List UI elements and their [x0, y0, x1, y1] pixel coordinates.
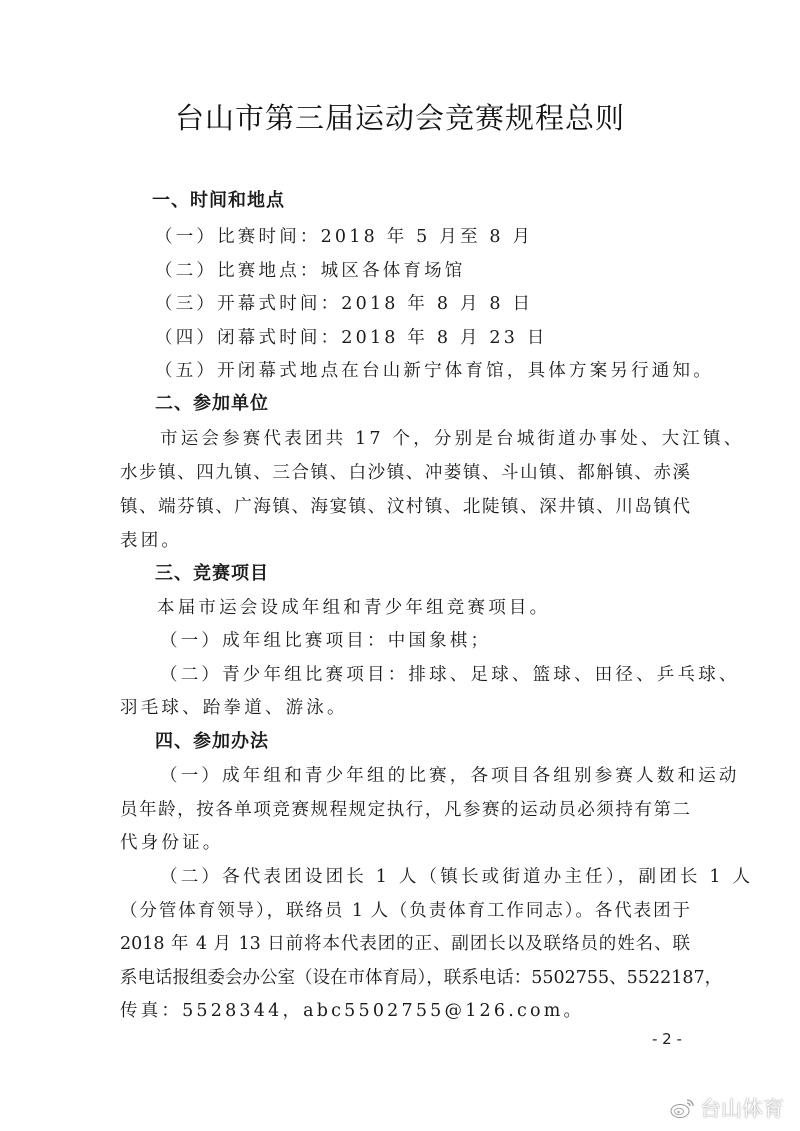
paragraph-line: 市运会参赛代表团共 17 个，分别是台城街道办事处、大江镇、: [160, 428, 730, 450]
paragraph-line: 员年龄，按各单项竞赛规程规定执行，凡参赛的运动员必须持有第二: [120, 799, 690, 821]
paragraph-line: 系电话报组委会办公室（设在市体育局），联系电话：5502755、5522187，: [120, 967, 690, 989]
paragraph-line: （一）成年组和青少年组的比赛，各项目各组别参赛人数和运动: [160, 765, 690, 787]
paragraph-line: （一）比赛时间：2018 年 5 月至 8 月: [155, 226, 725, 248]
paragraph-line: （四）闭幕式时间：2018 年 8 月 23 日: [155, 327, 725, 349]
paragraph-line: 镇、端芬镇、广海镇、海宴镇、汶村镇、北陡镇、深井镇、川岛镇代: [120, 496, 690, 518]
paragraph-line: （二）青少年组比赛项目：排球、足球、篮球、田径、乒乓球、: [160, 664, 690, 686]
watermark-text: 台山体育: [700, 1093, 784, 1123]
page-number: - 2 -: [652, 1030, 682, 1048]
section-heading-participants: 二、参加单位: [155, 393, 725, 415]
paragraph-line: （一）成年组比赛项目：中国象棋；: [160, 630, 730, 652]
paragraph-line: （三）开幕式时间：2018 年 8 月 8 日: [155, 293, 725, 315]
paragraph-line: 2018 年 4 月 13 日前将本代表团的正、副团长以及联络员的姓名、联: [120, 933, 690, 955]
weibo-icon: [670, 1097, 696, 1119]
section-heading-events: 三、竞赛项目: [155, 563, 725, 585]
paragraph-line: （二）比赛地点：城区各体育场馆: [155, 260, 725, 282]
section-heading-time-place: 一、时间和地点: [152, 190, 722, 212]
paragraph-line: （分管体育领导），联络员 1 人（负责体育工作同志）。各代表团于: [120, 900, 690, 922]
section-heading-participation-rules: 四、参加办法: [155, 731, 725, 753]
paragraph-line: 传真：5528344，abc5502755@126.com。: [120, 1000, 690, 1022]
paragraph-line: 羽毛球、跆拳道、游泳。: [120, 697, 690, 719]
document-page: 台山市第三届运动会竞赛规程总则 一、时间和地点 （一）比赛时间：2018 年 5…: [0, 0, 800, 1131]
document-title: 台山市第三届运动会竞赛规程总则: [0, 96, 800, 137]
paragraph-line: 代身份证。: [120, 832, 690, 854]
paragraph-line: （二）各代表团设团长 1 人（镇长或街道办主任），副团长 1 人: [160, 866, 690, 888]
paragraph-line: 本届市运会设成年组和青少年组竞赛项目。: [157, 597, 727, 619]
paragraph-line: 水步镇、四九镇、三合镇、白沙镇、冲蒌镇、斗山镇、都斛镇、赤溪: [120, 462, 690, 484]
paragraph-line: （五）开闭幕式地点在台山新宁体育馆，具体方案另行通知。: [155, 360, 725, 382]
watermark: 台山体育: [670, 1093, 784, 1123]
paragraph-line: 表团。: [120, 530, 690, 552]
